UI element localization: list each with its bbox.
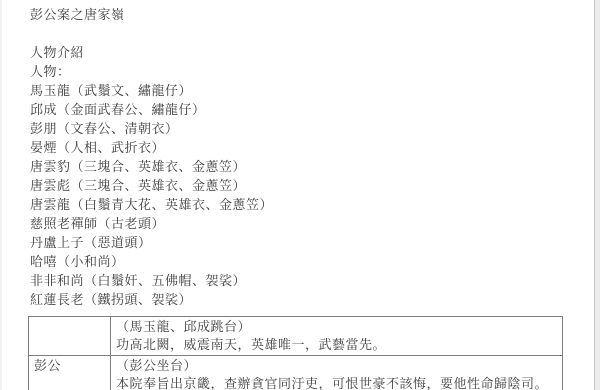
dialogue-line: 本院奉旨出京畿，查辦貪官同汙吏，可恨世豪不該悔，要他性命歸陰司。 <box>116 375 556 390</box>
character-line: 晏煙（人相、武折衣） <box>30 138 600 157</box>
character-line: 紅蓮長老（鐵拐頭、袈裟） <box>30 290 600 309</box>
character-list: 馬玉龍（武鬚文、繡龍仔） 邱成（金面武春公、繡龍仔） 彭朋（文春公、清朝衣） 晏… <box>30 81 600 309</box>
character-line: 丹盧上子（惡道頭） <box>30 233 600 252</box>
stage-direction: （彭公坐台） <box>116 357 556 375</box>
table-row: （馬玉龍、邱成跳台） 功高北闕，威震南天，英雄唯一，武藝當先。 <box>29 317 563 356</box>
stage-direction: （馬玉龍、邱成跳台） <box>116 318 556 336</box>
speaker-cell <box>29 317 111 356</box>
character-line: 彭朋（文春公、清朝衣） <box>30 119 600 138</box>
section-heading: 人物介紹 <box>30 43 600 62</box>
document-page: 彭公案之唐家嶺 人物介紹 人物： 馬玉龍（武鬚文、繡龍仔） 邱成（金面武春公、繡… <box>0 0 600 390</box>
table-row: 彭公 （彭公坐台） 本院奉旨出京畿，查辦貪官同汙吏，可恨世豪不該悔，要他性命歸陰… <box>29 356 563 390</box>
character-line: 慈照老禪師（古老頭） <box>30 214 600 233</box>
character-line: 非非和尚（白鬚奸、五佛帽、袈裟） <box>30 271 600 290</box>
character-line: 唐雲彪（三塊合、英雄衣、金蔥笠） <box>30 176 600 195</box>
document-title: 彭公案之唐家嶺 <box>30 5 600 24</box>
page-right-edge <box>594 0 600 390</box>
dialogue-cell: （彭公坐台） 本院奉旨出京畿，查辦貪官同汙吏，可恨世豪不該悔，要他性命歸陰司。 <box>111 356 563 390</box>
character-line: 哈嘻（小和尚） <box>30 252 600 271</box>
document-body: 彭公案之唐家嶺 人物介紹 人物： 馬玉龍（武鬚文、繡龍仔） 邱成（金面武春公、繡… <box>0 0 600 309</box>
character-line: 馬玉龍（武鬚文、繡龍仔） <box>30 81 600 100</box>
dialogue-cell: （馬玉龍、邱成跳台） 功高北闕，威震南天，英雄唯一，武藝當先。 <box>111 317 563 356</box>
dialogue-line: 功高北闕，威震南天，英雄唯一，武藝當先。 <box>116 336 556 354</box>
page-left-edge <box>0 0 2 390</box>
character-list-label: 人物： <box>30 62 600 81</box>
character-line: 邱成（金面武春公、繡龍仔） <box>30 100 600 119</box>
character-line: 唐雲豹（三塊合、英雄衣、金蔥笠） <box>30 157 600 176</box>
blank-line <box>30 24 600 43</box>
script-table: （馬玉龍、邱成跳台） 功高北闕，威震南天，英雄唯一，武藝當先。 彭公 （彭公坐台… <box>28 316 563 390</box>
character-line: 唐雲龍（白鬚青大花、英雄衣、金蔥笠） <box>30 195 600 214</box>
speaker-cell: 彭公 <box>29 356 111 390</box>
